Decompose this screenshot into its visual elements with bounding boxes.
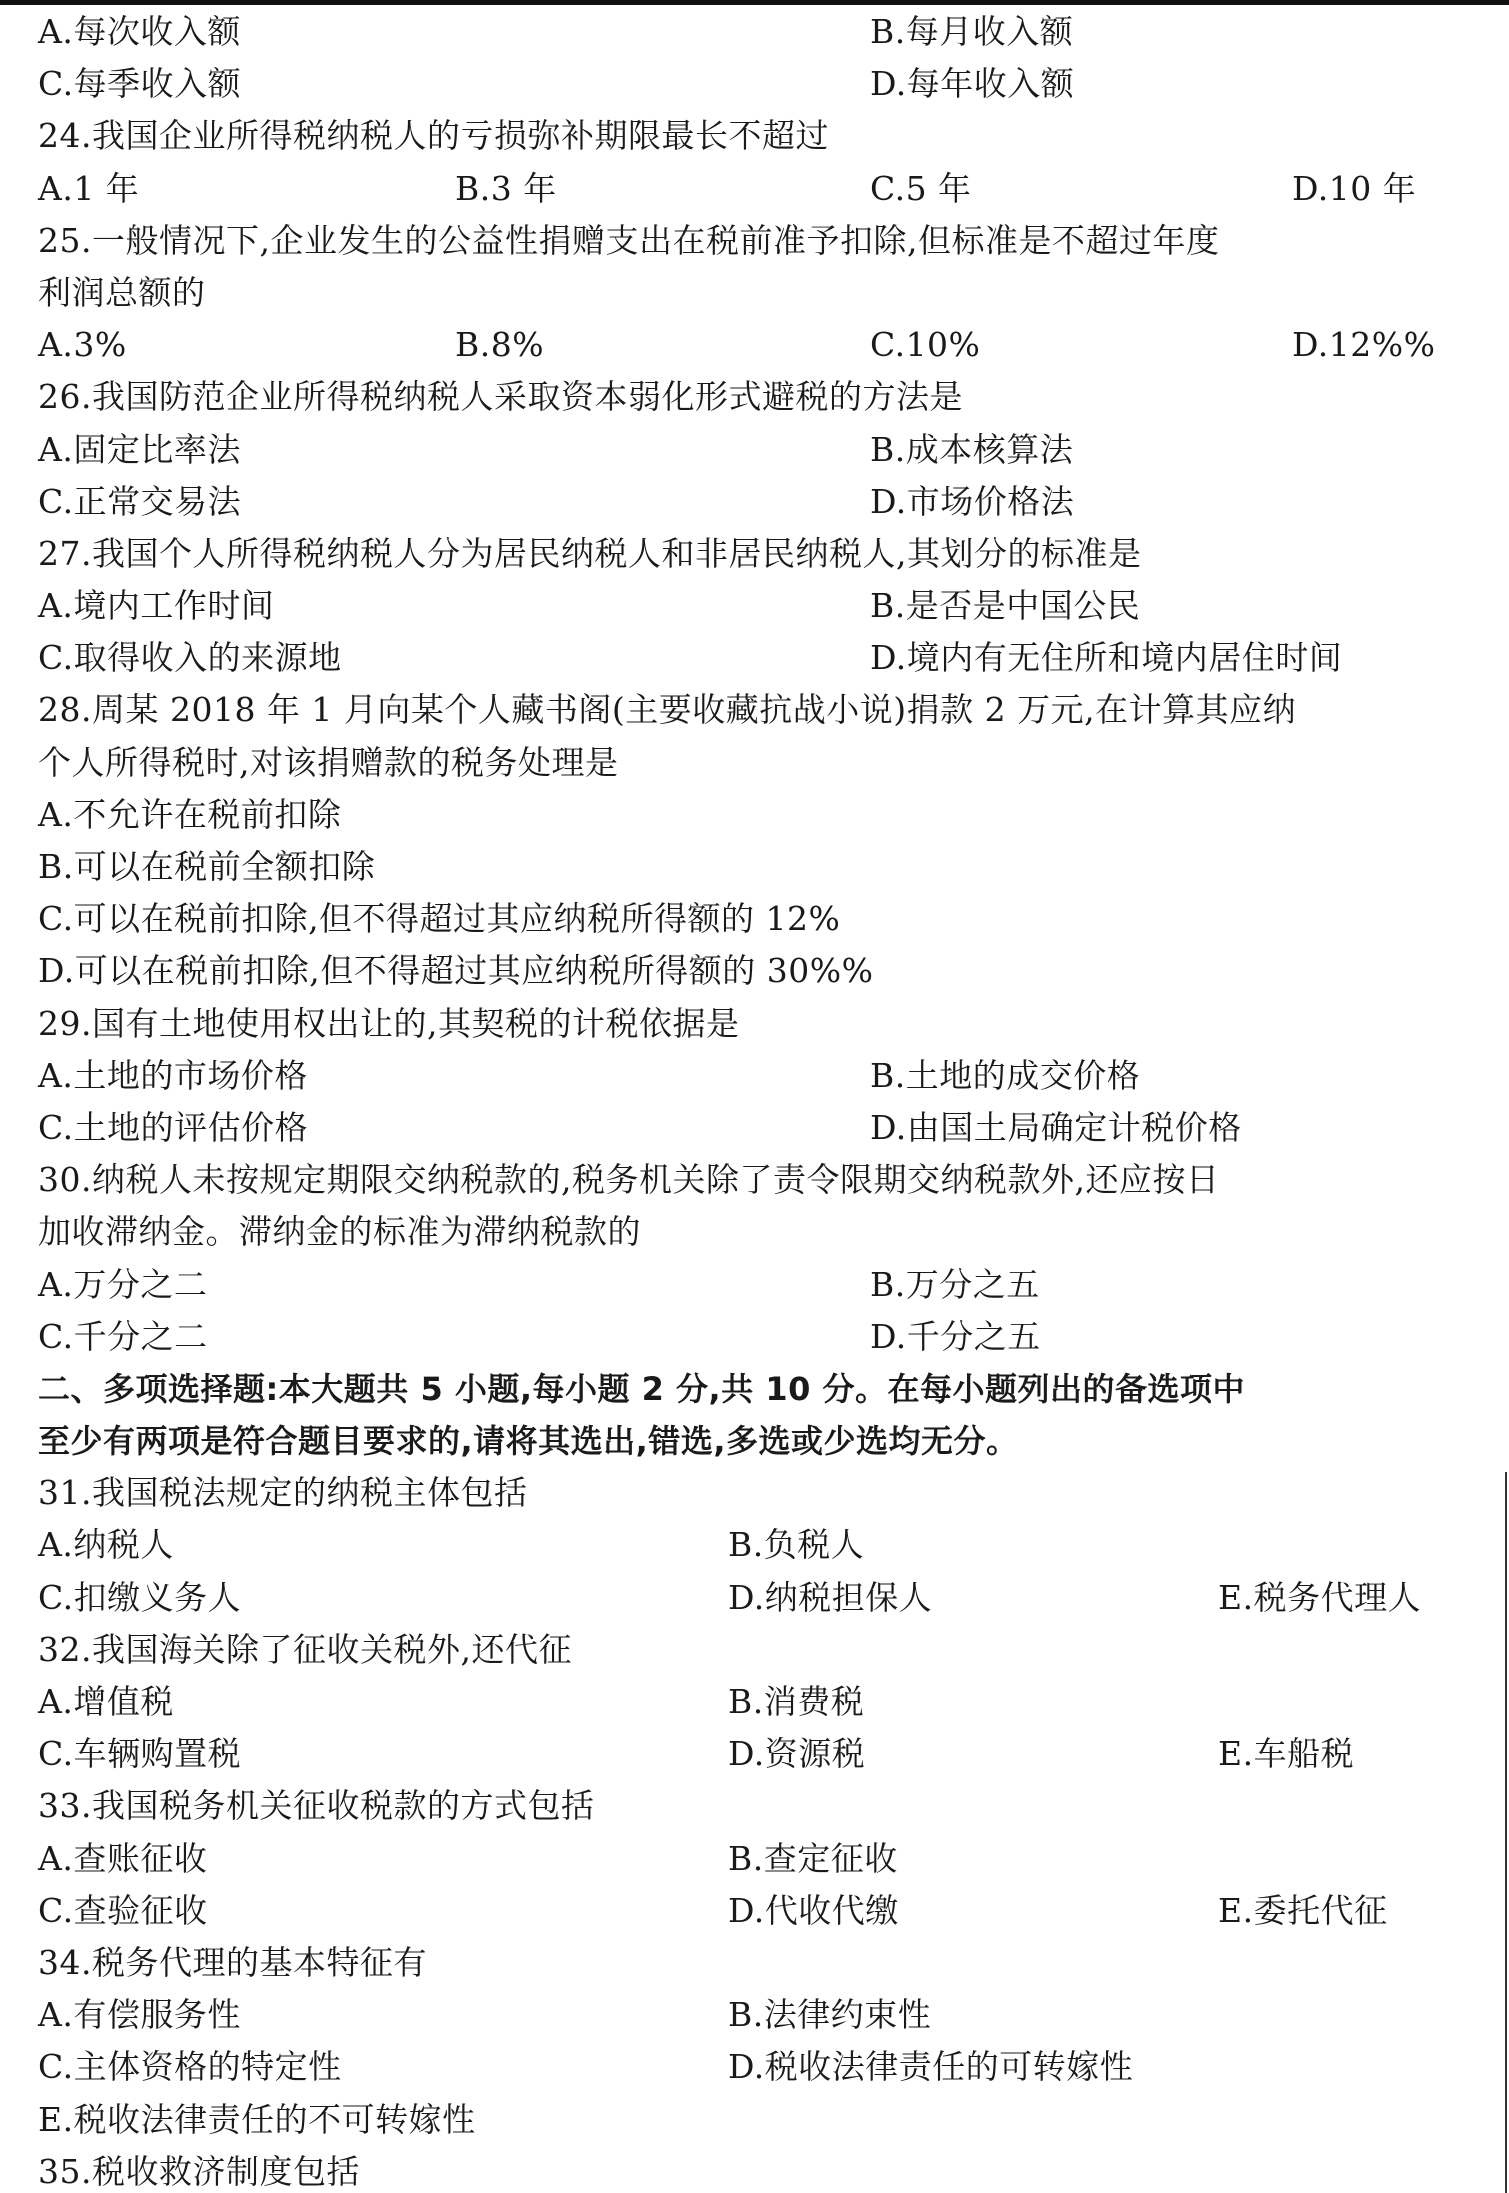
question-stem: 25.一般情况下,企业发生的公益性捐赠支出在税前准予扣除,但标准是不超过年度 [38, 215, 1478, 267]
answer-option: B.负税人 [728, 1519, 864, 1571]
answer-option: B.可以在税前全额扣除 [38, 841, 1478, 893]
answer-option: C.扣缴义务人 [38, 1572, 241, 1624]
answer-option: A.境内工作时间 [38, 580, 274, 632]
answer-option: C.可以在税前扣除,但不得超过其应纳税所得额的 12% [38, 893, 1478, 945]
section-heading: 二、多项选择题:本大题共 5 小题,每小题 2 分,共 10 分。在每小题列出的… [38, 1363, 1478, 1415]
answer-option: C.车辆购置税 [38, 1728, 241, 1780]
question-stem: 31.我国税法规定的纳税主体包括 [38, 1467, 1478, 1519]
question-stem: 24.我国企业所得税纳税人的亏损弥补期限最长不超过 [38, 110, 1478, 162]
answer-option: A.3% [38, 319, 127, 371]
answer-option: B.8% [455, 319, 544, 371]
section-heading: 至少有两项是符合题目要求的,请将其选出,错选,多选或少选均无分。 [38, 1415, 1478, 1467]
answer-option: E.车船税 [1218, 1728, 1354, 1780]
answer-option: D.市场价格法 [870, 476, 1074, 528]
top-border-rule [0, 0, 1509, 5]
question-stem-continued: 个人所得税时,对该捐赠款的税务处理是 [38, 737, 1478, 789]
answer-option: A.不允许在税前扣除 [38, 789, 1478, 841]
answer-option: C.查验征收 [38, 1885, 208, 1937]
answer-option: D.12%% [1292, 319, 1435, 371]
options-row: C.土地的评估价格D.由国土局确定计税价格 [38, 1102, 1478, 1154]
answer-option: C.每季收入额 [38, 58, 241, 110]
options-row: A.有偿服务性B.法律约束性 [38, 1989, 1478, 2041]
options-row: C.查验征收D.代收代缴E.委托代征 [38, 1885, 1478, 1937]
answer-option: B.是否是中国公民 [870, 580, 1140, 632]
answer-option: C.正常交易法 [38, 476, 241, 528]
options-row: A.境内工作时间B.是否是中国公民 [38, 580, 1478, 632]
answer-option: E.税收法律责任的不可转嫁性 [38, 2094, 1478, 2146]
question-stem: 35.税收救济制度包括 [38, 2146, 1478, 2193]
answer-option: D.可以在税前扣除,但不得超过其应纳税所得额的 30%% [38, 945, 1478, 997]
answer-option: D.税收法律责任的可转嫁性 [728, 2041, 1133, 2093]
answer-option: A.增值税 [38, 1676, 174, 1728]
answer-option: B.土地的成交价格 [870, 1050, 1140, 1102]
answer-option: B.法律约束性 [728, 1989, 931, 2041]
answer-option: C.土地的评估价格 [38, 1102, 308, 1154]
options-row: A.查账征收B.查定征收 [38, 1833, 1478, 1885]
answer-option: A.纳税人 [38, 1519, 174, 1571]
question-stem: 26.我国防范企业所得税纳税人采取资本弱化形式避税的方法是 [38, 371, 1478, 423]
options-row: A.增值税B.消费税 [38, 1676, 1478, 1728]
options-row: C.正常交易法D.市场价格法 [38, 476, 1478, 528]
answer-option: D.境内有无住所和境内居住时间 [870, 632, 1342, 684]
options-row: A.土地的市场价格B.土地的成交价格 [38, 1050, 1478, 1102]
answer-option: E.委托代征 [1218, 1885, 1388, 1937]
options-row: A.纳税人B.负税人 [38, 1519, 1478, 1571]
options-row: C.扣缴义务人D.纳税担保人E.税务代理人 [38, 1572, 1478, 1624]
answer-option: A.1 年 [38, 163, 139, 215]
options-row: A.万分之二B.万分之五 [38, 1259, 1478, 1311]
question-stem: 30.纳税人未按规定期限交纳税款的,税务机关除了责令限期交纳税款外,还应按日 [38, 1154, 1478, 1206]
answer-option: B.每月收入额 [870, 6, 1073, 58]
answer-option: B.成本核算法 [870, 424, 1073, 476]
answer-option: A.查账征收 [38, 1833, 207, 1885]
answer-option: D.资源税 [728, 1728, 865, 1780]
question-stem: 28.周某 2018 年 1 月向某个人藏书阁(主要收藏抗战小说)捐款 2 万元… [38, 684, 1478, 736]
options-row: A.每次收入额B.每月收入额 [38, 6, 1478, 58]
answer-option: C.千分之二 [38, 1311, 208, 1363]
question-stem: 33.我国税务机关征收税款的方式包括 [38, 1780, 1478, 1832]
exam-page: A.每次收入额B.每月收入额C.每季收入额D.每年收入额24.我国企业所得税纳税… [38, 6, 1478, 2193]
answer-option: D.10 年 [1292, 163, 1416, 215]
answer-option: A.万分之二 [38, 1259, 207, 1311]
answer-option: D.千分之五 [870, 1311, 1041, 1363]
question-stem: 27.我国个人所得税纳税人分为居民纳税人和非居民纳税人,其划分的标准是 [38, 528, 1478, 580]
options-row: A.固定比率法B.成本核算法 [38, 424, 1478, 476]
answer-option: C.取得收入的来源地 [38, 632, 342, 684]
answer-option: E.税务代理人 [1218, 1572, 1421, 1624]
question-stem: 32.我国海关除了征收关税外,还代征 [38, 1624, 1478, 1676]
answer-option: D.每年收入额 [870, 58, 1074, 110]
answer-option: C.主体资格的特定性 [38, 2041, 342, 2093]
options-row: C.车辆购置税D.资源税E.车船税 [38, 1728, 1478, 1780]
answer-option: A.有偿服务性 [38, 1989, 241, 2041]
answer-option: A.土地的市场价格 [38, 1050, 308, 1102]
answer-option: D.由国土局确定计税价格 [870, 1102, 1242, 1154]
options-row: A.3%B.8%C.10%D.12%% [38, 319, 1478, 371]
answer-option: B.3 年 [455, 163, 557, 215]
answer-option: C.10% [870, 319, 980, 371]
answer-option: B.消费税 [728, 1676, 864, 1728]
question-stem-continued: 利润总额的 [38, 267, 1478, 319]
options-row: C.千分之二D.千分之五 [38, 1311, 1478, 1363]
question-stem-continued: 加收滞纳金。滞纳金的标准为滞纳税款的 [38, 1206, 1478, 1258]
answer-option: C.5 年 [870, 163, 972, 215]
answer-option: A.固定比率法 [38, 424, 241, 476]
right-margin-rule [1505, 1472, 1507, 2193]
options-row: A.1 年B.3 年C.5 年D.10 年 [38, 163, 1478, 215]
options-row: C.取得收入的来源地D.境内有无住所和境内居住时间 [38, 632, 1478, 684]
answer-option: B.查定征收 [728, 1833, 898, 1885]
question-stem: 34.税务代理的基本特征有 [38, 1937, 1478, 1989]
answer-option: D.纳税担保人 [728, 1572, 932, 1624]
question-stem: 29.国有土地使用权出让的,其契税的计税依据是 [38, 998, 1478, 1050]
answer-option: A.每次收入额 [38, 6, 241, 58]
answer-option: B.万分之五 [870, 1259, 1040, 1311]
options-row: C.主体资格的特定性D.税收法律责任的可转嫁性 [38, 2041, 1478, 2093]
answer-option: D.代收代缴 [728, 1885, 899, 1937]
options-row: C.每季收入额D.每年收入额 [38, 58, 1478, 110]
